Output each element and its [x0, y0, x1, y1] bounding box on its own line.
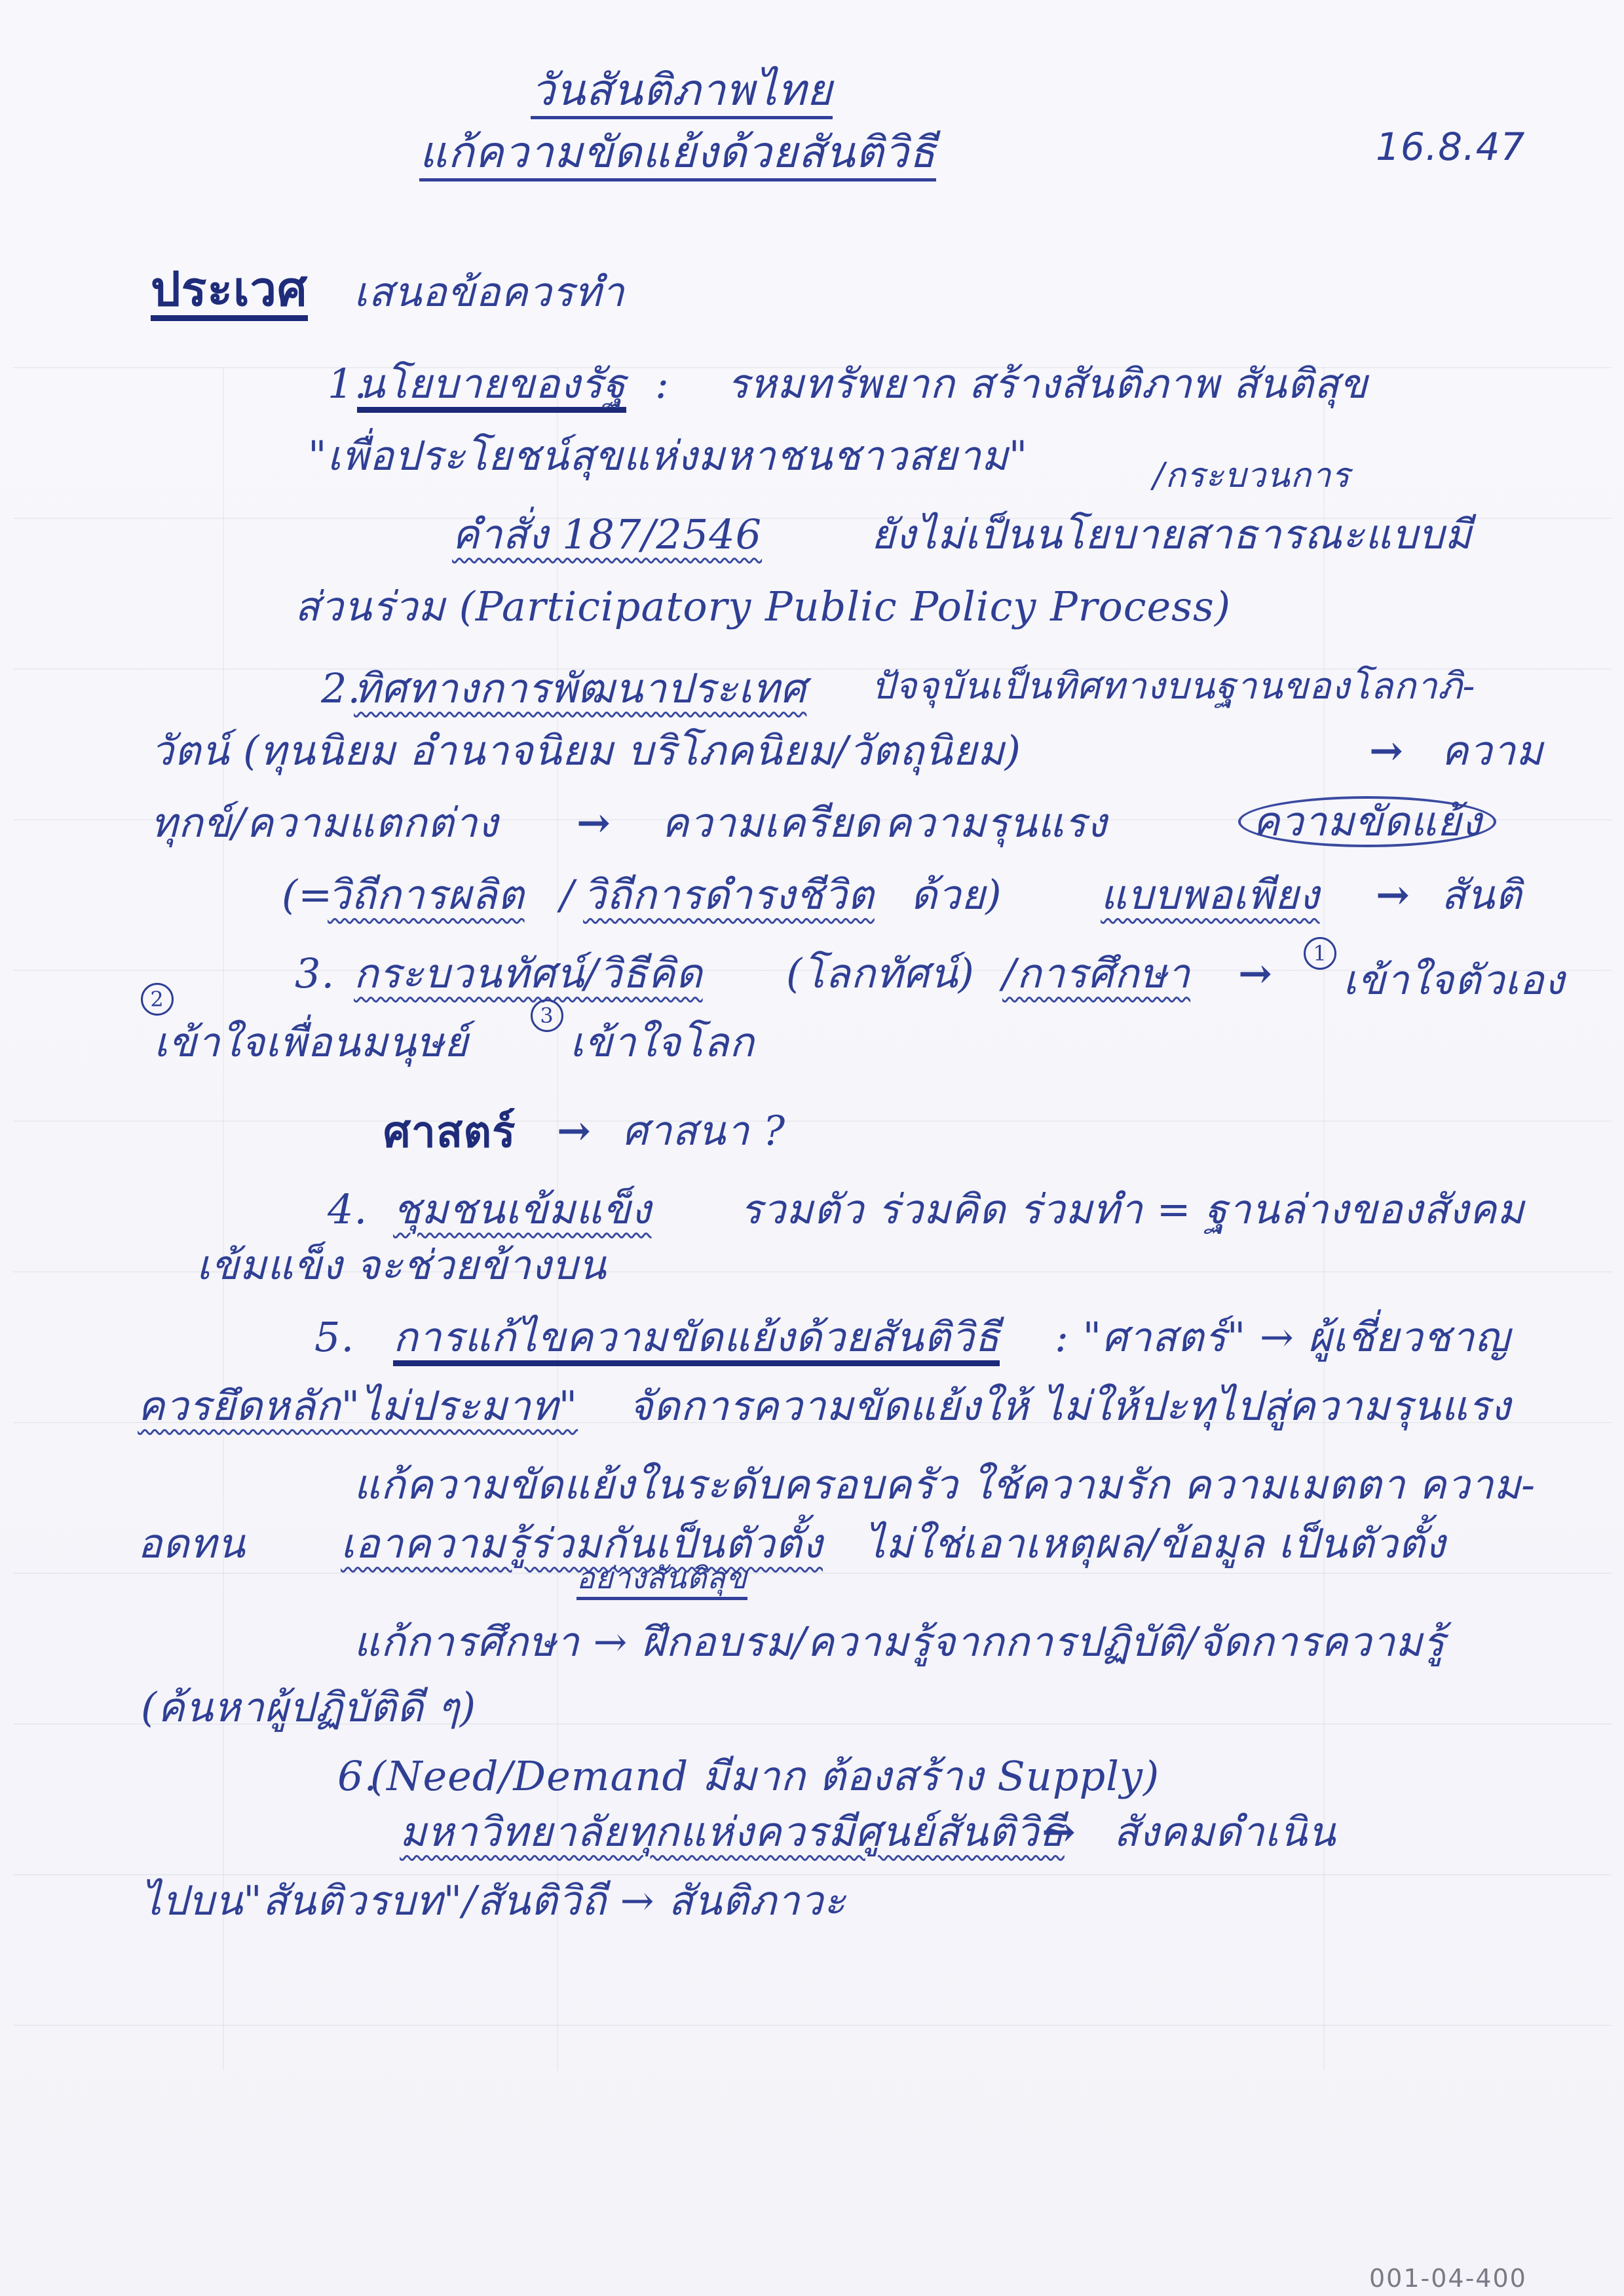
item-2-text-d: ทุกข์/ความแตกต่าง [151, 803, 499, 843]
title-line-2: แก้ความขัดแย้งด้วยสันติวิธี [419, 131, 936, 182]
circled-number-icon: 1 [1304, 937, 1336, 970]
item-6-university: มหาวิทยาลัยทุกแห่งควรมีศูนย์สันติวิธี [400, 1812, 1065, 1852]
item-2-way2: วิถีการดำรงชีวิต [583, 875, 875, 915]
item-3-point-1: เข้าใจตัวเอง [1343, 960, 1565, 1001]
arrow-icon: → [1369, 731, 1404, 771]
item-2-text-e: ความเครียด [662, 803, 880, 843]
item-6-text-b: สังคมดำเนิน [1114, 1812, 1336, 1852]
arrow-icon: → [1376, 875, 1410, 915]
item-6-text-a: (Need/Demand มีมาก ต้องสร้าง Supply) [370, 1756, 1160, 1797]
item-2-close: ด้วย) [911, 875, 1002, 915]
item-5-title: การแก้ไขความขัดแย้งด้วยสันติวิธี [393, 1317, 1000, 1366]
item-2-peace: สันติ [1441, 875, 1522, 915]
item-2-text-b: วัตน์ (ทุนนิยม อำนาจนิยม บริโภคนิยม/วัตถ… [151, 731, 1021, 771]
item-2-slash: / [560, 875, 575, 915]
scanned-page [0, 0, 1624, 2296]
item-3-religion: ศาสนา ? [622, 1111, 785, 1151]
ghost-rule [13, 1120, 1612, 1122]
item-5-text-a: : "ศาสตร์" → ผู้เชี่ยวชาญ [1055, 1317, 1510, 1358]
item-3-title: กระบวนทัศน์/วิธีคิด [354, 953, 703, 994]
item-4-number: 4. [328, 1189, 368, 1230]
item-5-text-d-ul: เอาความรู้ร่วมกันเป็นตัวตั้ง [341, 1523, 823, 1564]
item-1-title: นโยบายของรัฐ [357, 364, 626, 413]
item-2-circled: ความขัดแย้ง [1238, 796, 1496, 847]
arrow-icon: → [576, 803, 611, 843]
item-1-order: คำสั่ง 187/2546 [452, 514, 762, 555]
arrow-icon: → [1238, 953, 1273, 994]
item-1-text-a: รหมทรัพยาก สร้างสันติภาพ สันติสุข [727, 364, 1368, 404]
item-5-principle: ควรยึดหลัก"ไม่ประมาท" [138, 1386, 578, 1426]
item-5-text-d: ไม่ใช่เอาเหตุผล/ข้อมูล เป็นตัวตั้ง [865, 1523, 1446, 1564]
arrow-icon: → [1042, 1812, 1076, 1852]
item-1-insert: /กระบวนการ [1153, 459, 1350, 493]
item-3-point-2: เข้าใจเพื่อนมนุษย์ [154, 1022, 468, 1063]
item-2-sufficiency: แบบพอเพียง [1101, 875, 1319, 915]
item-3-paren: (โลกทัศน์) [786, 953, 975, 994]
ghost-rule [13, 1573, 1612, 1574]
section-intro: เสนอข้อควรทำ [354, 272, 625, 313]
item-5-text-c: แก้ความขัดแย้งในระดับครอบครัว ใช้ความรัก… [354, 1464, 1536, 1505]
ghost-rule [13, 2025, 1612, 2026]
ghost-rule [223, 367, 224, 2071]
item-5-text-d-sub: อย่างสันติสุข [576, 1563, 747, 1600]
section-heading: ประเวศ [151, 265, 308, 321]
item-4-text-b: เข้มแข็ง จะช่วยข้างบน [197, 1245, 607, 1286]
item-2-text-c: ความ [1441, 731, 1543, 771]
item-1-text-b: ยังไม่เป็นนโยบายสาธารณะแบบมี [871, 514, 1472, 555]
item-1-colon: : [655, 364, 670, 404]
item-5-text-d-pre: อดทน [138, 1523, 246, 1564]
circled-number-icon: 2 [141, 983, 174, 1016]
document-number: 001-04-400 [1369, 2264, 1527, 2293]
item-2-title: ทิศทางการพัฒนาประเทศ [354, 668, 806, 709]
arrow-icon: → [557, 1111, 592, 1151]
item-6-text-c: ไปบน"สันติวรบท"/สันติวิถี → สันติภาวะ [141, 1881, 846, 1921]
item-4-text-a: รวมตัว ร่วมคิด ร่วมทำ = ฐานล่างของสังคม [740, 1189, 1524, 1230]
circled-number-icon: 3 [531, 999, 563, 1032]
item-1-quote: "เพื่อประโยชน์สุขแห่งมหาชนชาวสยาม" [308, 436, 1028, 476]
item-5-text-f: (ค้นหาผู้ปฏิบัติดี ๆ) [141, 1687, 476, 1728]
item-3-point-3: เข้าใจโลก [570, 1022, 755, 1063]
item-2-open: (= [282, 875, 333, 915]
date: 16.8.47 [1376, 128, 1525, 166]
title-line-1: วันสันติภาพไทย [531, 69, 833, 119]
item-2-way1: วิถีการผลิต [328, 875, 525, 915]
item-3-science: ศาสตร์ [383, 1111, 516, 1154]
item-2-text-f: ความรุนแรง [884, 803, 1107, 843]
item-3-number: 3. [295, 953, 335, 994]
item-5-number: 5. [314, 1317, 354, 1358]
item-3-education: /การศึกษา [1002, 953, 1190, 994]
item-2-text-a: ปัจจุบันเป็นทิศทางบนฐานของโลกาภิ- [871, 668, 1475, 705]
item-5-text-b: จัดการความขัดแย้งให้ ไม่ให้ปะทุไปสู่ความ… [629, 1386, 1511, 1426]
item-1-text-c: ส่วนร่วม (Participatory Public Policy Pr… [295, 586, 1231, 627]
ghost-rule [13, 1874, 1612, 1875]
item-4-title: ชุมชนเข้มแข็ง [393, 1189, 651, 1230]
item-5-text-e: แก้การศึกษา → ฝึกอบรม/ความรู้จากการปฏิบั… [354, 1622, 1445, 1662]
